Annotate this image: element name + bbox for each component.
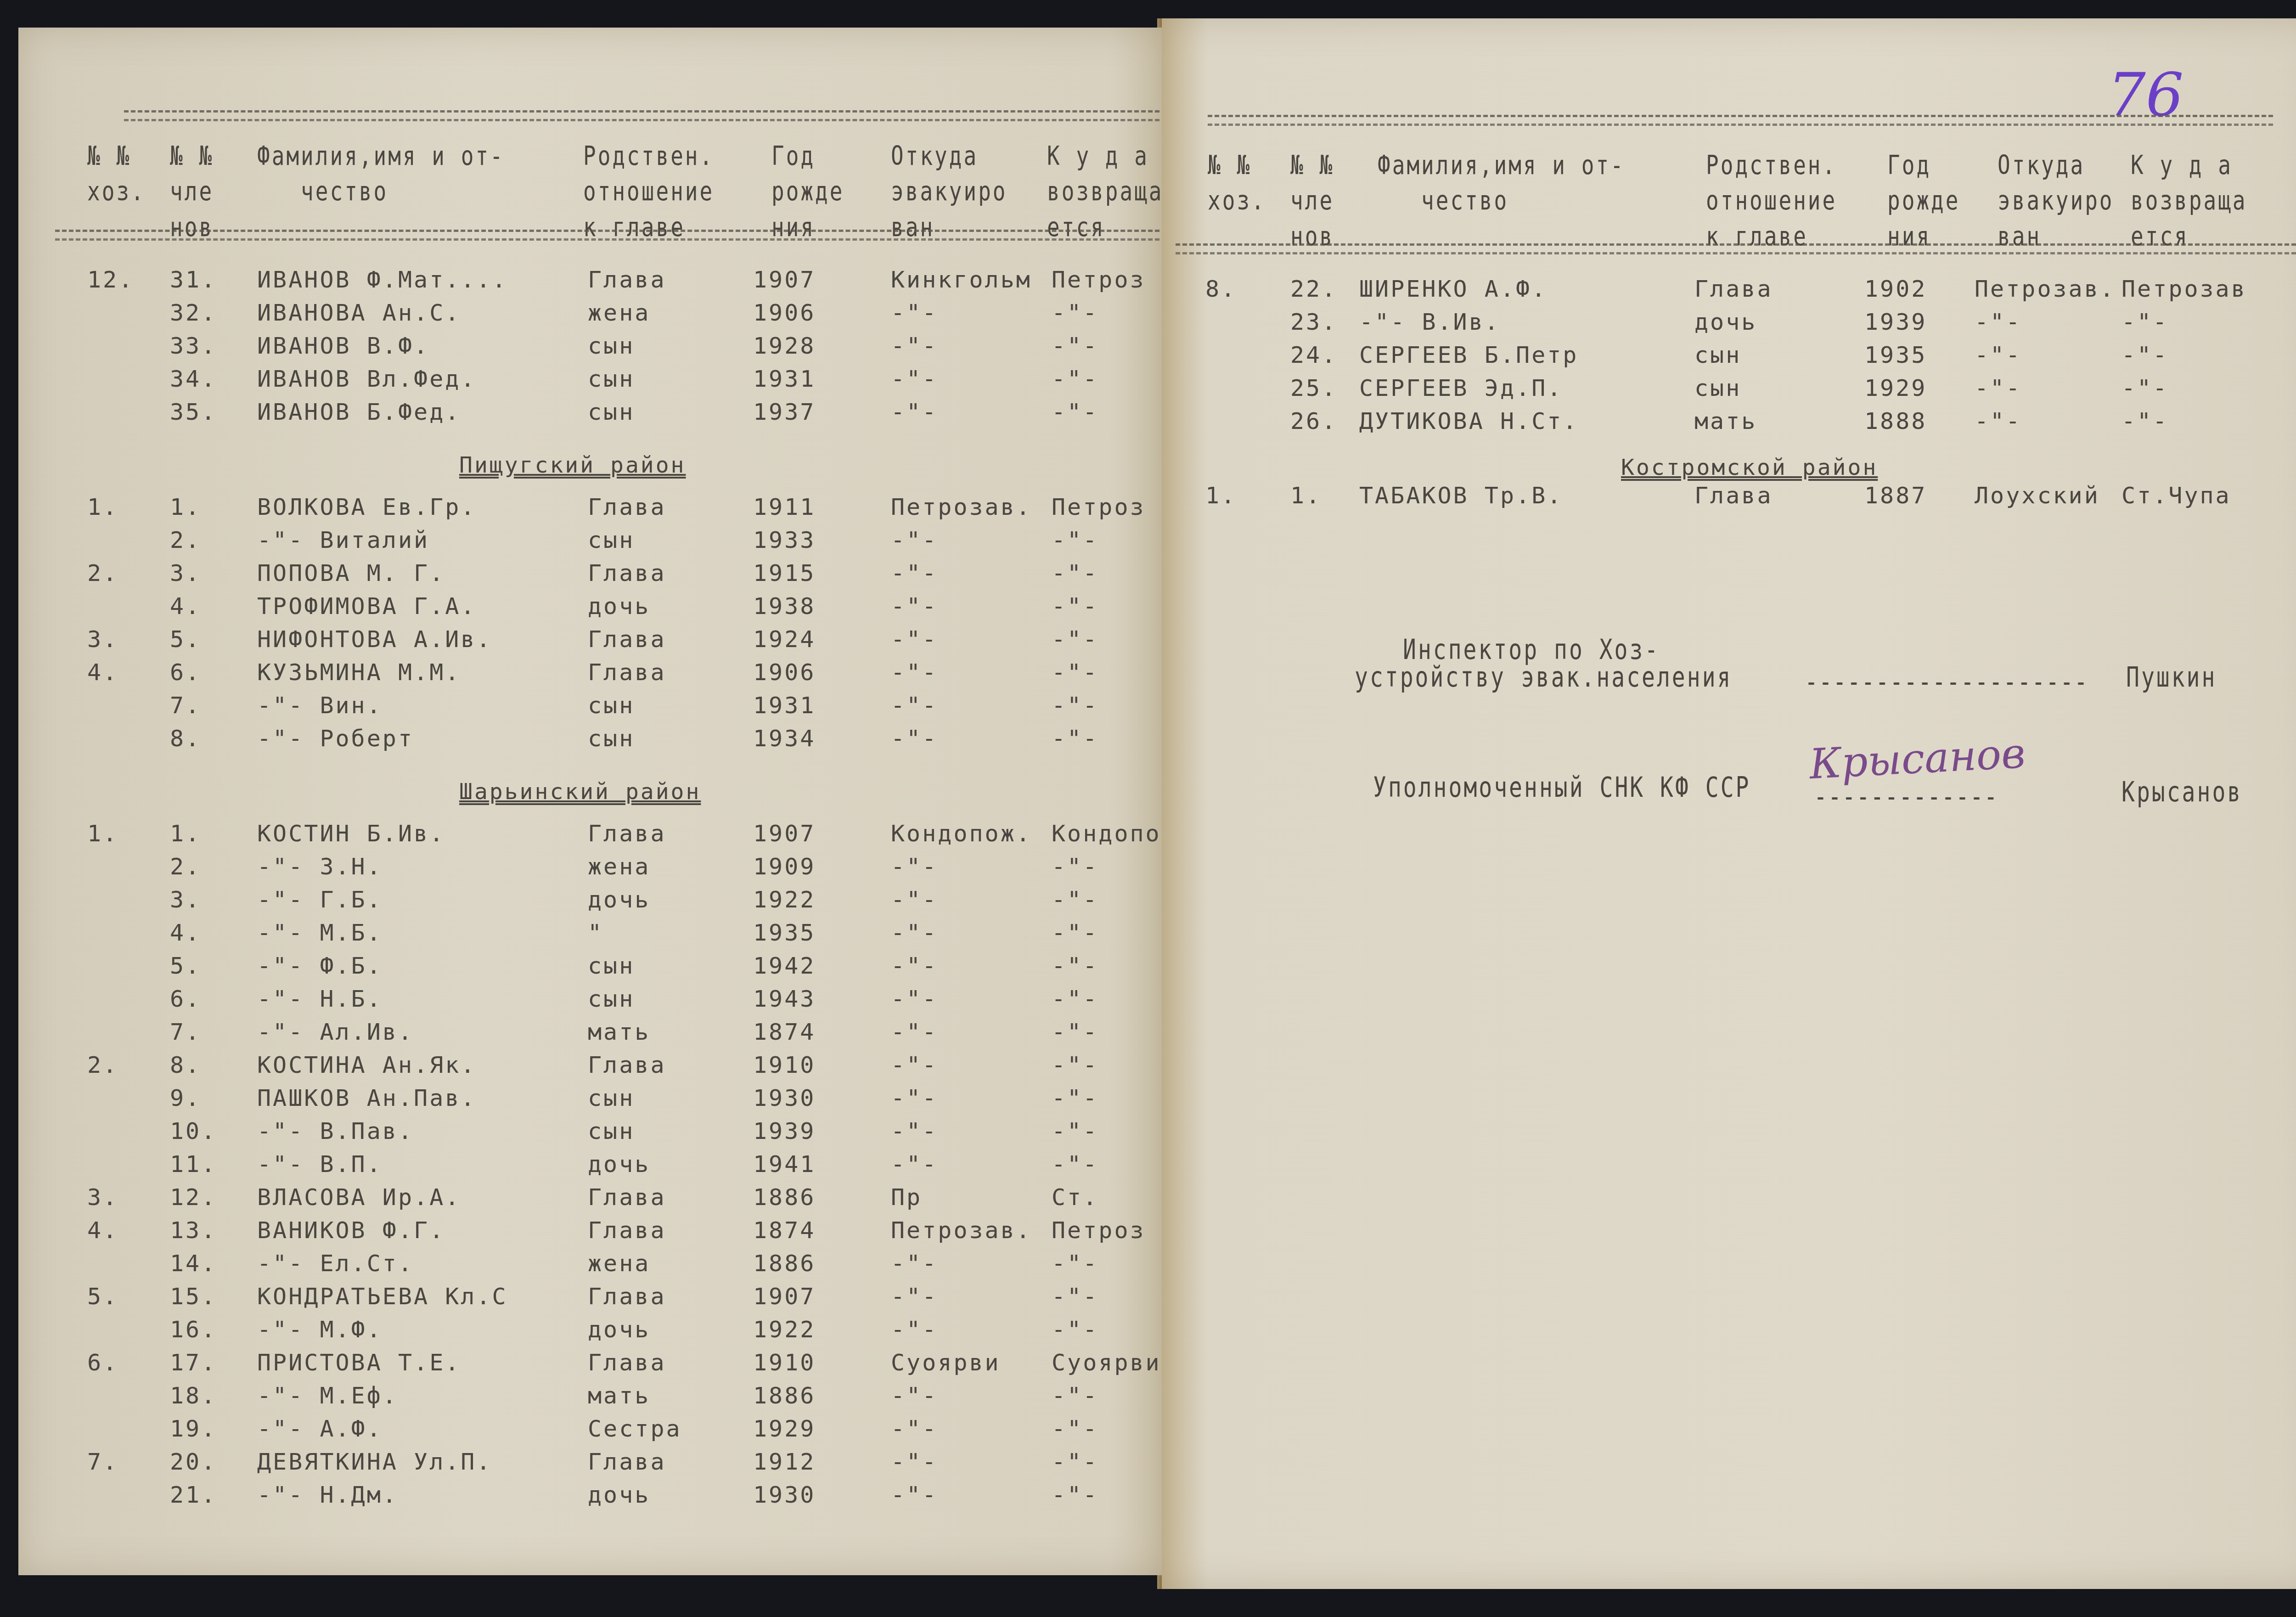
evacuated-from: -"- — [891, 332, 938, 359]
person-name: -"- В.Пав. — [257, 1118, 414, 1144]
birth-year: 1922 — [753, 1316, 816, 1343]
district-heading: Пищугский район — [459, 452, 686, 478]
returning-to: -"- — [1052, 332, 1098, 359]
birth-year: 1939 — [753, 1118, 816, 1144]
person-name: ИВАНОВ Ф.Мат.... — [257, 266, 508, 293]
table-row: 25.СЕРГЕЕВ Эд.П.сын1929-"--"- — [1162, 375, 2296, 407]
relation: сын — [588, 692, 635, 719]
returning-to: Кондопо — [1052, 820, 1161, 847]
person-name: ВЛАСОВА Ир.А. — [257, 1184, 461, 1211]
person-name: ТАБАКОВ Тр.В. — [1359, 482, 1563, 509]
household-number: 3. — [87, 626, 118, 653]
birth-year: 1924 — [753, 626, 816, 653]
birth-year: 1941 — [753, 1151, 816, 1178]
birth-year: 1886 — [753, 1184, 816, 1211]
person-name: -"- А.Ф. — [257, 1415, 383, 1442]
right-page: 76 № № хоз. № № чле нов Фамилия,имя и от… — [1162, 18, 2296, 1589]
member-number: 22. — [1290, 276, 1337, 302]
person-name: ИВАНОВ В.Ф. — [257, 332, 429, 359]
member-number: 2. — [170, 853, 201, 880]
birth-year: 1906 — [753, 659, 816, 686]
evacuated-from: Лоухский — [1975, 482, 2100, 509]
relation: Глава — [588, 494, 666, 520]
birth-year: 1887 — [1864, 482, 1927, 509]
household-number: 2. — [87, 560, 118, 586]
table-row: 1.1.ВОЛКОВА Ев.Гр.Глава1911Петрозав.Петр… — [18, 494, 1166, 526]
member-number: 3. — [170, 560, 201, 586]
person-name: СЕРГЕЕВ Эд.П. — [1359, 375, 1563, 401]
table-row: 3.12.ВЛАСОВА Ир.А.Глава1886ПрСт. — [18, 1184, 1166, 1216]
inspector-name: Пушкин — [2126, 661, 2217, 693]
birth-year: 1874 — [753, 1019, 816, 1045]
relation: Глава — [588, 1283, 666, 1310]
evacuated-from: -"- — [891, 399, 938, 425]
member-number: 14. — [170, 1250, 217, 1277]
col-header-birth-year: Год рожде ния — [771, 138, 844, 245]
member-number: 5. — [170, 626, 201, 653]
household-number: 5. — [87, 1283, 118, 1310]
member-number: 3. — [170, 886, 201, 913]
returning-to: -"- — [2122, 408, 2168, 434]
member-number: 18. — [170, 1382, 217, 1409]
col-header-to: К у д а возвраща ется — [1047, 138, 1164, 245]
col-header-hh: № № хоз. — [1208, 147, 1266, 218]
district-heading: Костромской район — [1621, 455, 1878, 480]
birth-year: 1907 — [753, 820, 816, 847]
returning-to: Ст. — [1052, 1184, 1098, 1211]
relation: сын — [588, 1118, 635, 1144]
evacuated-from: -"- — [891, 299, 938, 326]
member-number: 26. — [1290, 408, 1337, 434]
birth-year: 1912 — [753, 1448, 816, 1475]
relation: сын — [588, 1085, 635, 1111]
relation: сын — [588, 725, 635, 752]
returning-to: -"- — [1052, 626, 1098, 653]
returning-to: -"- — [1052, 659, 1098, 686]
evacuated-from: -"- — [1975, 309, 2021, 335]
person-name: ШИРЕНКО А.Ф. — [1359, 276, 1547, 302]
header-rule-top — [124, 110, 1166, 121]
relation: сын — [588, 986, 635, 1012]
person-name: ИВАНОВ Б.Фед. — [257, 399, 461, 425]
relation: дочь — [1694, 309, 1757, 335]
evacuated-from: -"- — [891, 560, 938, 586]
table-row: 1.1.КОСТИН Б.Ив.Глава1907Кондопож.Кондоп… — [18, 820, 1166, 852]
returning-to: -"- — [1052, 299, 1098, 326]
member-number: 12. — [170, 1184, 217, 1211]
member-number: 23. — [1290, 309, 1337, 335]
relation: Глава — [588, 560, 666, 586]
member-number: 6. — [170, 659, 201, 686]
returning-to: -"- — [1052, 1316, 1098, 1343]
person-name: -"- В.П. — [257, 1151, 383, 1178]
evacuated-from: -"- — [891, 1019, 938, 1045]
table-row: 7. -"- Вин.сын1931-"--"- — [18, 692, 1166, 724]
household-number: 4. — [87, 659, 118, 686]
evacuated-from: -"- — [891, 1250, 938, 1277]
relation: Сестра — [588, 1415, 682, 1442]
member-number: 7. — [170, 1019, 201, 1045]
person-name: -"- Роберт — [257, 725, 414, 752]
member-number: 7. — [170, 692, 201, 719]
person-name: -"- М.Ф. — [257, 1316, 383, 1343]
relation: " — [588, 919, 603, 946]
relation: Глава — [588, 1448, 666, 1475]
returning-to: -"- — [1052, 1151, 1098, 1178]
col-header-from: Откуда эвакуиро ван — [1998, 147, 2114, 254]
table-row: 2.-"- Виталийсын1933-"--"- — [18, 527, 1166, 559]
person-name: СЕРГЕЕВ Б.Петр — [1359, 342, 1578, 368]
person-name: КОСТИНА Ан.Як. — [257, 1052, 476, 1078]
relation: Глава — [588, 1184, 666, 1211]
table-row: 3.-"- Г.Б.дочь1922-"--"- — [18, 886, 1166, 918]
evacuated-from: -"- — [891, 986, 938, 1012]
table-row: 21. -"- Н.Дм.дочь1930-"--"- — [18, 1482, 1166, 1514]
birth-year: 1930 — [753, 1482, 816, 1508]
table-row: 23. -"- В.Ив.дочь1939-"--"- — [1162, 309, 2296, 341]
table-row: 12.31.ИВАНОВ Ф.Мат....Глава1907Кинкгольм… — [18, 266, 1166, 299]
person-name: -"- Г.Б. — [257, 886, 383, 913]
table-row: 18. -"- М.Еф.мать1886-"--"- — [18, 1382, 1166, 1414]
birth-year: 1874 — [753, 1217, 816, 1244]
table-row: 5.15.КОНДРАТЬЕВА Кл.СГлава1907-"--"- — [18, 1283, 1166, 1315]
returning-to: -"- — [1052, 1283, 1098, 1310]
evacuated-from: -"- — [891, 1283, 938, 1310]
birth-year: 1910 — [753, 1052, 816, 1078]
member-number: 31. — [170, 266, 217, 293]
table-row: 8.22.ШИРЕНКО А.Ф.Глава1902Петрозав.Петро… — [1162, 276, 2296, 308]
person-name: -"- В.Ив. — [1359, 309, 1500, 335]
member-number: 19. — [170, 1415, 217, 1442]
member-number: 4. — [170, 593, 201, 620]
birth-year: 1934 — [753, 725, 816, 752]
district-heading: Шарьинский район — [459, 779, 701, 805]
member-number: 1. — [170, 820, 201, 847]
relation: Глава — [1694, 482, 1773, 509]
member-number: 10. — [170, 1118, 217, 1144]
person-name: НИФОНТОВА А.Ив. — [257, 626, 492, 653]
relation: Глава — [588, 1349, 666, 1376]
evacuated-from: Петрозав. — [891, 1217, 1032, 1244]
person-name: -"- З.Н. — [257, 853, 383, 880]
member-number: 8. — [170, 1052, 201, 1078]
relation: Глава — [588, 1052, 666, 1078]
relation: мать — [588, 1019, 650, 1045]
relation: Глава — [588, 1217, 666, 1244]
returning-to: -"- — [1052, 1415, 1098, 1442]
inspector-signature-line: -------------------- — [1805, 666, 2088, 698]
returning-to: -"- — [1052, 1448, 1098, 1475]
col-header-member: № № чле нов — [1290, 147, 1334, 254]
table-row: 6.17.ПРИСТОВА Т.Е.Глава1910СуоярвиСуоярв… — [18, 1349, 1166, 1381]
evacuated-from: -"- — [891, 1085, 938, 1111]
member-number: 15. — [170, 1283, 217, 1310]
col-header-member: № № чле нов — [170, 138, 214, 245]
person-name: ТРОФИМОВА Г.А. — [257, 593, 476, 620]
returning-to: -"- — [1052, 1118, 1098, 1144]
household-number: 8. — [1205, 276, 1237, 302]
returning-to: -"- — [2122, 342, 2168, 368]
table-row: 26.ДУТИКОВА Н.Ст.мать1888-"--"- — [1162, 408, 2296, 440]
table-row: 5.-"- Ф.Б.сын1942-"--"- — [18, 952, 1166, 985]
col-header-relation: Родствен. отношение к главе — [583, 138, 714, 245]
birth-year: 1910 — [753, 1349, 816, 1376]
person-name: -"- М.Еф. — [257, 1382, 398, 1409]
evacuated-from: -"- — [891, 1316, 938, 1343]
evacuated-from: -"- — [891, 366, 938, 392]
member-number: 11. — [170, 1151, 217, 1178]
person-name: -"- М.Б. — [257, 919, 383, 946]
evacuated-from: -"- — [891, 725, 938, 752]
person-name: -"- Ал.Ив. — [257, 1019, 414, 1045]
relation: Глава — [1694, 276, 1773, 302]
household-number: 2. — [87, 1052, 118, 1078]
table-row: 14.-"- Ел.Ст.жена1886-"--"- — [18, 1250, 1166, 1282]
birth-year: 1943 — [753, 986, 816, 1012]
handwritten-signature: Крысанов — [1808, 729, 2026, 789]
table-row: 32.ИВАНОВА Ан.С.жена1906-"--"- — [18, 299, 1166, 332]
evacuated-from: -"- — [891, 659, 938, 686]
person-name: -"- Н.Дм. — [257, 1482, 398, 1508]
birth-year: 1906 — [753, 299, 816, 326]
evacuated-from: -"- — [891, 1118, 938, 1144]
person-name: ПРИСТОВА Т.Е. — [257, 1349, 461, 1376]
table-row: 4.13.ВАНИКОВ Ф.Г.Глава1874Петрозав.Петро… — [18, 1217, 1166, 1249]
returning-to: -"- — [1052, 399, 1098, 425]
table-row: 4.6.КУЗЬМИНА М.М.Глава1906-"--"- — [18, 659, 1166, 691]
relation: сын — [588, 527, 635, 553]
person-name: -"- Ел.Ст. — [257, 1250, 414, 1277]
birth-year: 1922 — [753, 886, 816, 913]
relation: сын — [1694, 375, 1741, 401]
evacuated-from: -"- — [891, 952, 938, 979]
returning-to: -"- — [1052, 527, 1098, 553]
evacuated-from: -"- — [891, 1448, 938, 1475]
table-row: 35.ИВАНОВ Б.Фед.сын1937-"--"- — [18, 399, 1166, 431]
relation: Глава — [588, 626, 666, 653]
evacuated-from: -"- — [891, 527, 938, 553]
household-number: 1. — [87, 494, 118, 520]
household-number: 3. — [87, 1184, 118, 1211]
relation: дочь — [588, 593, 650, 620]
header-rule-bottom — [1176, 243, 2296, 254]
table-row: 4.-"- М.Б."1935-"--"- — [18, 919, 1166, 952]
person-name: КУЗЬМИНА М.М. — [257, 659, 461, 686]
birth-year: 1929 — [753, 1415, 816, 1442]
returning-to: Петроз — [1052, 494, 1146, 520]
table-row: 33.ИВАНОВ В.Ф.сын1928-"--"- — [18, 332, 1166, 365]
returning-to: -"- — [1052, 1085, 1098, 1111]
table-row: 4.ТРОФИМОВА Г.А.дочь1938-"--"- — [18, 593, 1166, 625]
relation: дочь — [588, 1316, 650, 1343]
table-row: 8. -"- Робертсын1934-"--"- — [18, 725, 1166, 757]
birth-year: 1929 — [1864, 375, 1927, 401]
relation: сын — [588, 366, 635, 392]
evacuated-from: Пр — [891, 1184, 922, 1211]
left-page: № № хоз. № № чле нов Фамилия,имя и от- ч… — [18, 28, 1166, 1575]
member-number: 1. — [170, 494, 201, 520]
person-name: -"- Вин. — [257, 692, 383, 719]
person-name: ИВАНОВА Ан.С. — [257, 299, 461, 326]
table-row: 1.1.ТАБАКОВ Тр.В.Глава1887ЛоухскийСт.Чуп… — [1162, 482, 2296, 514]
member-number: 33. — [170, 332, 217, 359]
member-number: 5. — [170, 952, 201, 979]
household-number: 4. — [87, 1217, 118, 1244]
person-name: ВОЛКОВА Ев.Гр. — [257, 494, 476, 520]
birth-year: 1942 — [753, 952, 816, 979]
relation: сын — [1694, 342, 1741, 368]
evacuated-from: -"- — [891, 919, 938, 946]
table-row: 11.-"- В.П.дочь1941-"--"- — [18, 1151, 1166, 1183]
table-row: 6.-"- Н.Б.сын1943-"--"- — [18, 986, 1166, 1018]
returning-to: -"- — [1052, 1482, 1098, 1508]
evacuated-from: -"- — [1975, 375, 2021, 401]
evacuated-from: -"- — [1975, 342, 2021, 368]
table-row: 7.-"- Ал.Ив.мать1874-"--"- — [18, 1019, 1166, 1051]
returning-to: -"- — [1052, 919, 1098, 946]
member-number: 35. — [170, 399, 217, 425]
birth-year: 1931 — [753, 692, 816, 719]
evacuated-from: -"- — [891, 1415, 938, 1442]
table-row: 7.20.ДЕВЯТКИНА Ул.П.Глава1912-"--"- — [18, 1448, 1166, 1481]
birth-year: 1939 — [1864, 309, 1927, 335]
member-number: 1. — [1290, 482, 1322, 509]
commissioner-name: Крысанов — [2122, 776, 2242, 808]
returning-to: -"- — [1052, 1250, 1098, 1277]
inspector-title-line2: устройству эвак.населения — [1355, 661, 1732, 693]
header-rule-bottom — [55, 230, 1166, 241]
table-row: 19. -"- А.Ф.Сестра1929-"--"- — [18, 1415, 1166, 1448]
relation: Глава — [588, 820, 666, 847]
returning-to: -"- — [1052, 560, 1098, 586]
birth-year: 1915 — [753, 560, 816, 586]
returning-to: -"- — [2122, 309, 2168, 335]
relation: Глава — [588, 266, 666, 293]
birth-year: 1938 — [753, 593, 816, 620]
evacuated-from: Кинкгольм — [891, 266, 1032, 293]
birth-year: 1931 — [753, 366, 816, 392]
person-name: ПОПОВА М. Г. — [257, 560, 445, 586]
col-header-hh: № № хоз. — [87, 138, 146, 209]
person-name: -"- Виталий — [257, 527, 429, 553]
member-number: 17. — [170, 1349, 217, 1376]
table-row: 2.3.ПОПОВА М. Г.Глава1915-"--"- — [18, 560, 1166, 592]
person-name: -"- Ф.Б. — [257, 952, 383, 979]
birth-year: 1909 — [753, 853, 816, 880]
returning-to: -"- — [1052, 952, 1098, 979]
relation: жена — [588, 299, 650, 326]
birth-year: 1886 — [753, 1250, 816, 1277]
col-header-relation: Родствен. отношение к главе — [1706, 147, 1837, 254]
header-rule-top — [1208, 115, 2273, 126]
evacuated-from: -"- — [891, 1151, 938, 1178]
household-number: 6. — [87, 1349, 118, 1376]
birth-year: 1933 — [753, 527, 816, 553]
col-header-birth-year: Год рожде ния — [1887, 147, 1960, 254]
returning-to: -"- — [1052, 1382, 1098, 1409]
birth-year: 1888 — [1864, 408, 1927, 434]
person-name: ДЕВЯТКИНА Ул.П. — [257, 1448, 492, 1475]
returning-to: Ст.Чупа — [2122, 482, 2231, 509]
person-name: ИВАНОВ Вл.Фед. — [257, 366, 476, 392]
returning-to: -"- — [1052, 853, 1098, 880]
evacuated-from: Кондопож. — [891, 820, 1032, 847]
birth-year: 1930 — [753, 1085, 816, 1111]
person-name: КОСТИН Б.Ив. — [257, 820, 445, 847]
col-header-name: Фамилия,имя и от- чество — [257, 138, 505, 209]
evacuated-from: Петрозав. — [891, 494, 1032, 520]
returning-to: -"- — [1052, 366, 1098, 392]
returning-to: -"- — [2122, 375, 2168, 401]
table-row: 10.-"- В.Пав.сын1939-"--"- — [18, 1118, 1166, 1150]
returning-to: Петроз — [1052, 266, 1146, 293]
evacuated-from: -"- — [891, 886, 938, 913]
evacuated-from: -"- — [891, 853, 938, 880]
birth-year: 1935 — [1864, 342, 1927, 368]
birth-year: 1935 — [753, 919, 816, 946]
col-header-from: Откуда эвакуиро ван — [891, 138, 1007, 245]
returning-to: -"- — [1052, 986, 1098, 1012]
person-name: ПАШКОВ Ан.Пав. — [257, 1085, 476, 1111]
relation: сын — [588, 952, 635, 979]
relation: сын — [588, 332, 635, 359]
birth-year: 1907 — [753, 1283, 816, 1310]
member-number: 8. — [170, 725, 201, 752]
table-row: 34.ИВАНОВ Вл.Фед.сын1931-"--"- — [18, 366, 1166, 398]
col-header-to: К у д а возвраща ется — [2131, 147, 2247, 254]
evacuated-from: -"- — [891, 593, 938, 620]
evacuated-from: -"- — [891, 626, 938, 653]
person-name: ДУТИКОВА Н.Ст. — [1359, 408, 1578, 434]
evacuated-from: Петрозав. — [1975, 276, 2116, 302]
relation: дочь — [588, 1482, 650, 1508]
birth-year: 1886 — [753, 1382, 816, 1409]
col-header-name: Фамилия,имя и от- чество — [1378, 147, 1625, 218]
person-name: -"- Н.Б. — [257, 986, 383, 1012]
household-number: 1. — [1205, 482, 1237, 509]
relation: сын — [588, 399, 635, 425]
relation: мать — [588, 1382, 650, 1409]
evacuated-from: -"- — [891, 1382, 938, 1409]
relation: мать — [1694, 408, 1757, 434]
returning-to: Суоярви — [1052, 1349, 1161, 1376]
relation: дочь — [588, 886, 650, 913]
person-name: КОНДРАТЬЕВА Кл.С — [257, 1283, 508, 1310]
member-number: 13. — [170, 1217, 217, 1244]
household-number: 12. — [87, 266, 134, 293]
returning-to: -"- — [1052, 593, 1098, 620]
table-row: 9.ПАШКОВ Ан.Пав.сын1930-"--"- — [18, 1085, 1166, 1117]
evacuated-from: -"- — [891, 1482, 938, 1508]
household-number: 1. — [87, 820, 118, 847]
member-number: 16. — [170, 1316, 217, 1343]
table-row: 24.СЕРГЕЕВ Б.Петрсын1935-"--"- — [1162, 342, 2296, 374]
table-row: 3.5.НИФОНТОВА А.Ив.Глава1924-"--"- — [18, 626, 1166, 658]
member-number: 20. — [170, 1448, 217, 1475]
member-number: 32. — [170, 299, 217, 326]
returning-to: Петрозав — [2122, 276, 2247, 302]
returning-to: -"- — [1052, 725, 1098, 752]
returning-to: -"- — [1052, 1019, 1098, 1045]
member-number: 25. — [1290, 375, 1337, 401]
evacuated-from: -"- — [891, 1052, 938, 1078]
birth-year: 1928 — [753, 332, 816, 359]
relation: жена — [588, 1250, 650, 1277]
returning-to: -"- — [1052, 692, 1098, 719]
birth-year: 1902 — [1864, 276, 1927, 302]
returning-to: Петроз — [1052, 1217, 1146, 1244]
person-name: ВАНИКОВ Ф.Г. — [257, 1217, 445, 1244]
